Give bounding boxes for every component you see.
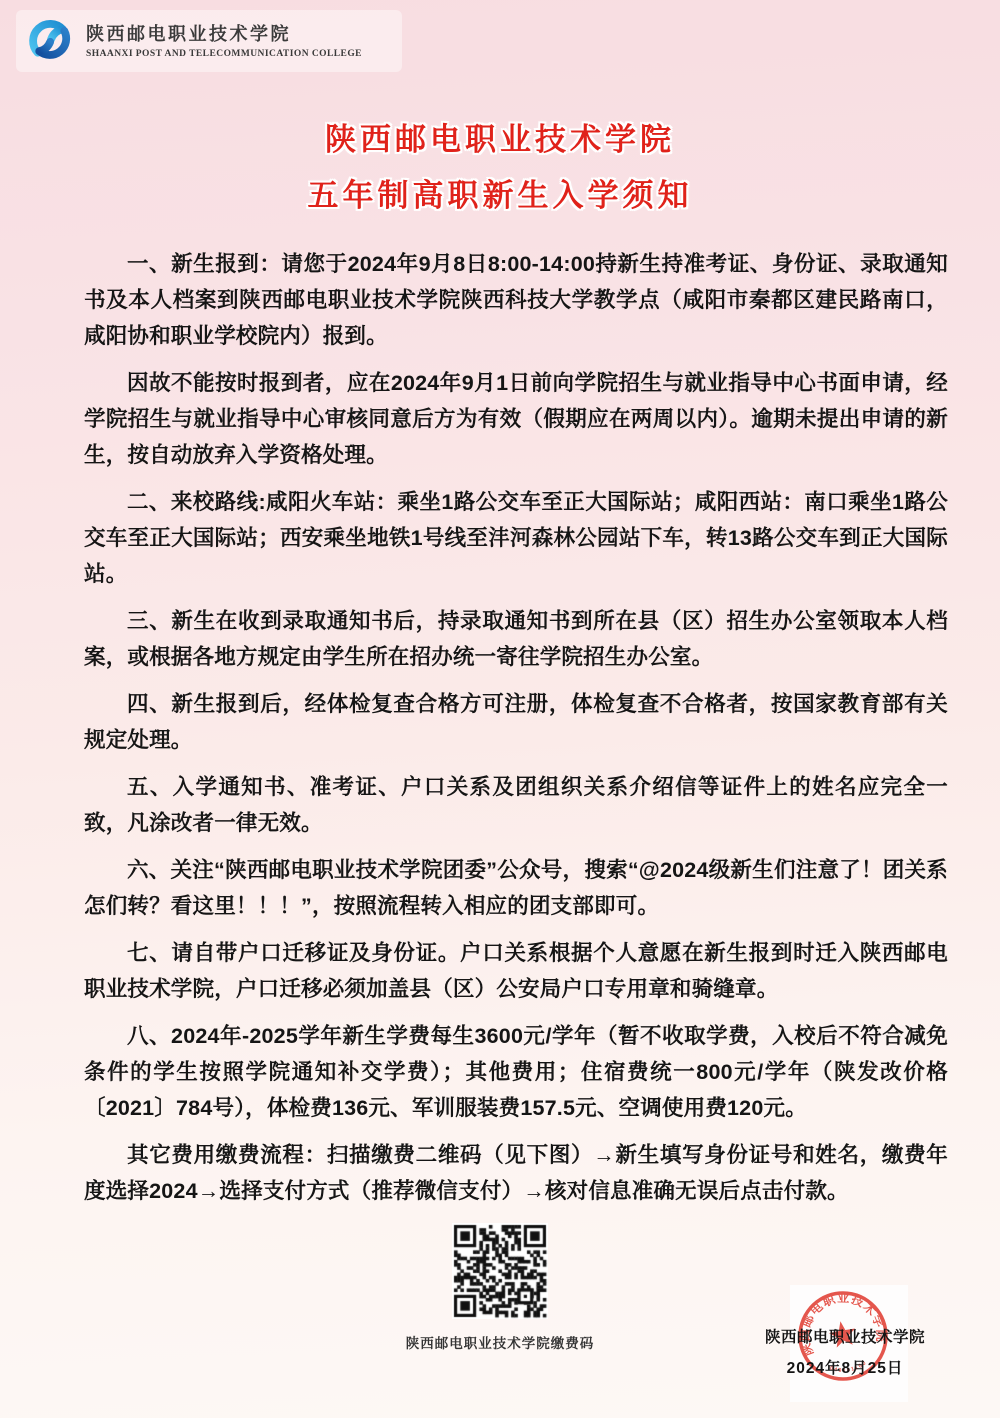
header-logo: 陕西邮电职业技术学院 SHAANXI POST AND TELECOMMUNIC… [26, 16, 362, 66]
notice-paragraph: 六、关注“陕西邮电职业技术学院团委”公众号，搜索“@2024级新生们注意了！团关… [84, 852, 948, 924]
notice-paragraph: 五、入学通知书、准考证、户口关系及团组织关系介绍信等证件上的姓名应完全一致，凡涂… [84, 769, 948, 841]
title-line-1: 陕西邮电职业技术学院 [0, 112, 1000, 168]
notice-paragraph: 七、请自带户口迁移证及身份证。户口关系根据个人意愿在新生报到时迁入陕西邮电职业技… [84, 935, 948, 1007]
college-name-en: SHAANXI POST AND TELECOMMUNICATION COLLE… [86, 49, 362, 59]
notice-page: 陕西邮电职业技术学院 SHAANXI POST AND TELECOMMUNIC… [0, 0, 1000, 1418]
notice-paragraph: 一、新生报到：请您于2024年9月8日8:00-14:00持新生持准考证、身份证… [84, 246, 948, 354]
college-name-cn: 陕西邮电职业技术学院 [86, 23, 362, 45]
notice-paragraph: 四、新生报到后，经体检复查合格方可注册，体检复查不合格者，按国家教育部有关规定处… [84, 686, 948, 758]
signature-date: 2024年8月25日 [763, 1356, 927, 1378]
notice-body: 一、新生报到：请您于2024年9月8日8:00-14:00持新生持准考证、身份证… [0, 224, 1000, 1209]
signature-college-name: 陕西邮电职业技术学院 [763, 1325, 927, 1347]
notice-paragraph: 三、新生在收到录取通知书后，持录取通知书到所在县（区）招生办公室领取本人档案，或… [84, 603, 948, 675]
title-line-2: 五年制高职新生入学须知 [0, 168, 1000, 224]
notice-paragraph: 八、2024年-2025学年新生学费每生3600元/学年（暂不收取学费，入校后不… [84, 1018, 948, 1126]
notice-paragraph: 因故不能按时报到者，应在2024年9月1日前向学院招生与就业指导中心书面申请，经… [84, 365, 948, 473]
college-name-block: 陕西邮电职业技术学院 SHAANXI POST AND TELECOMMUNIC… [86, 23, 362, 59]
notice-paragraph: 二、来校路线:咸阳火车站：乘坐1路公交车至正大国际站；咸阳西站：南口乘坐1路公交… [84, 484, 948, 592]
payment-qr-code [452, 1223, 548, 1319]
college-logo-icon [26, 16, 76, 66]
notice-paragraph: 其它费用缴费流程：扫描缴费二维码（见下图）→新生填写身份证号和姓名，缴费年度选择… [84, 1137, 948, 1209]
